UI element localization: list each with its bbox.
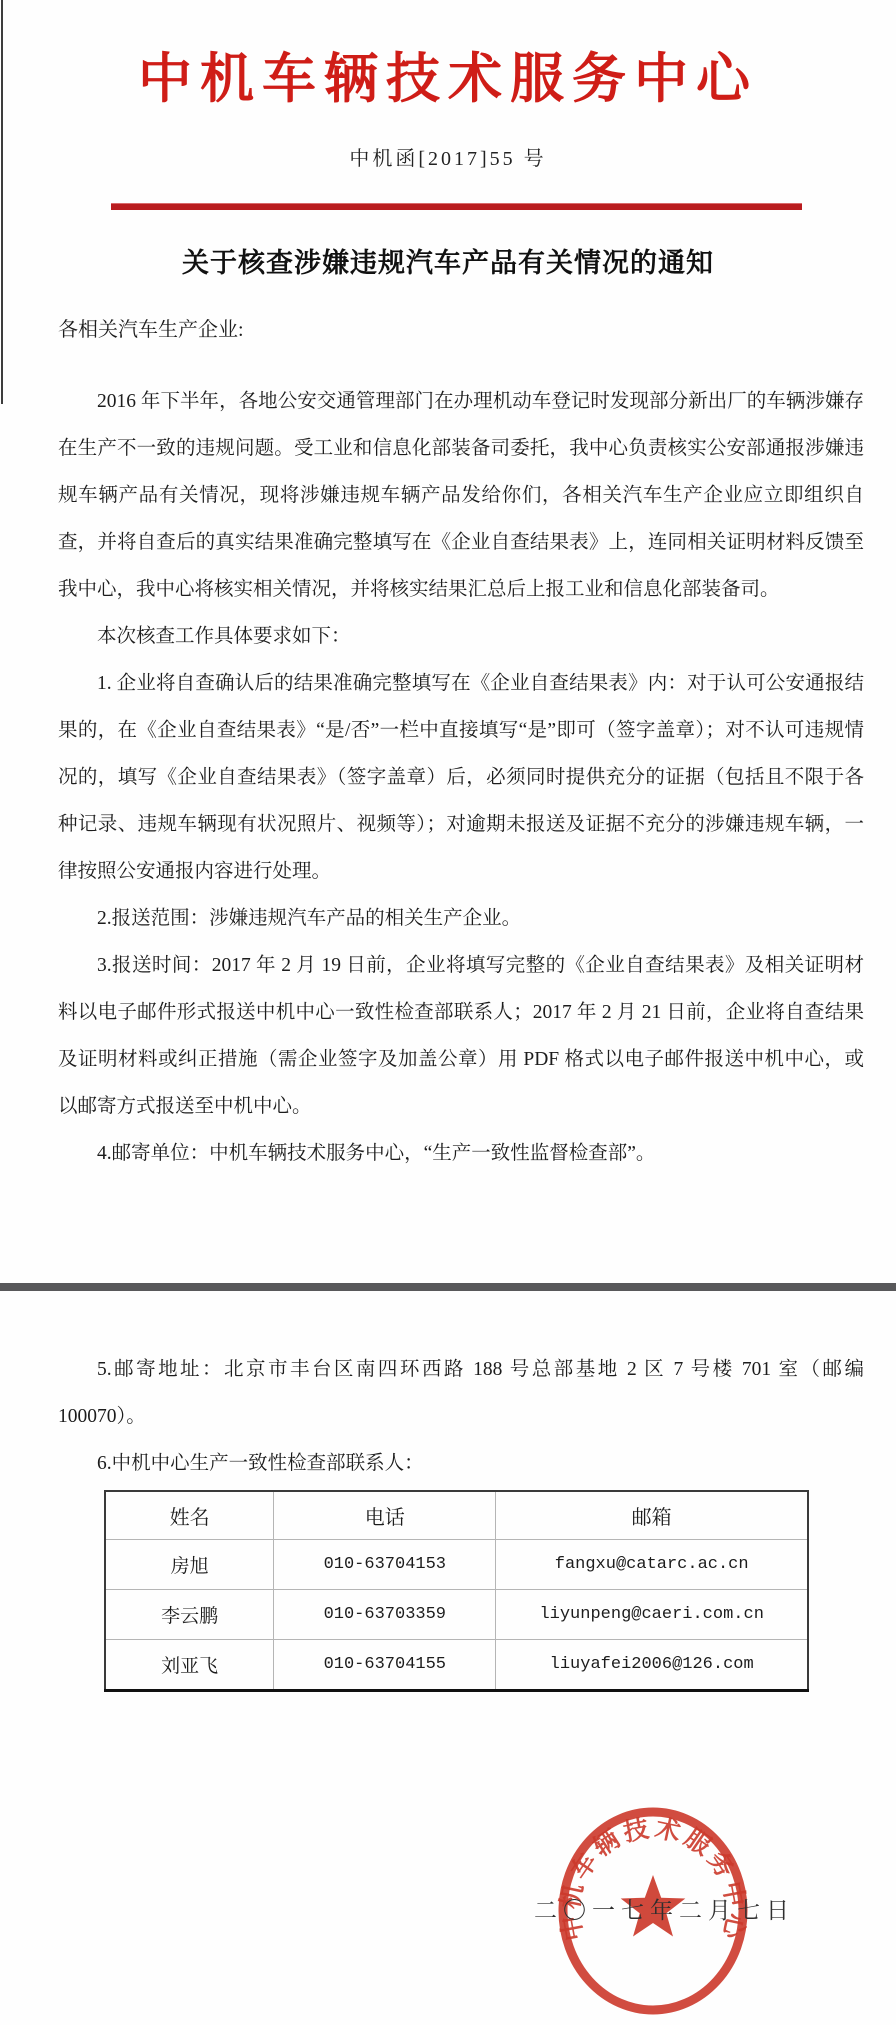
contact-phone: 010-63704153 bbox=[274, 1540, 496, 1590]
contacts-table: 姓名 电话 邮箱 房旭 010-63704153 fangxu@catarc.a… bbox=[104, 1490, 809, 1692]
document-page: 中机车辆技术服务中心 中机函[2017]55 号 关于核查涉嫌违规汽车产品有关情… bbox=[0, 0, 896, 2025]
contact-email: fangxu@catarc.ac.cn bbox=[496, 1540, 808, 1590]
notice-title: 关于核查涉嫌违规汽车产品有关情况的通知 bbox=[0, 241, 896, 280]
header-phone: 电话 bbox=[274, 1491, 496, 1540]
paragraph-intro: 2016 年下半年，各地公安交通管理部门在办理机动车登记时发现部分新出厂的车辆涉… bbox=[58, 378, 864, 613]
section-divider bbox=[0, 1283, 896, 1291]
paragraph-item-1: 1. 企业将自查确认后的结果准确完整填写在《企业自查结果表》内：对于认可公安通报… bbox=[58, 660, 864, 895]
contact-name: 李云鹏 bbox=[105, 1590, 274, 1640]
paragraph-item-3: 3.报送时间：2017 年 2 月 19 日前，企业将填写完整的《企业自查结果表… bbox=[58, 942, 864, 1130]
red-rule bbox=[111, 203, 802, 210]
doc-number: 中机函[2017]55 号 bbox=[0, 142, 896, 171]
contact-phone: 010-63703359 bbox=[274, 1590, 496, 1640]
contact-name: 刘亚飞 bbox=[105, 1640, 274, 1691]
table-row: 李云鹏 010-63703359 liyunpeng@caeri.com.cn bbox=[105, 1590, 808, 1640]
contact-name: 房旭 bbox=[105, 1540, 274, 1590]
body-section-2: 5.邮寄地址：北京市丰台区南四环西路 188 号总部基地 2 区 7 号楼 70… bbox=[58, 1346, 864, 1487]
date-line: 二〇一七年二月七日 bbox=[534, 1892, 795, 1925]
paragraph-item-6-contacts: 6.中机中心生产一致性检查部联系人： bbox=[58, 1440, 864, 1487]
body-section-1: 2016 年下半年，各地公安交通管理部门在办理机动车登记时发现部分新出厂的车辆涉… bbox=[58, 378, 864, 1177]
salutation: 各相关汽车生产企业: bbox=[58, 313, 244, 342]
table-header-row: 姓名 电话 邮箱 bbox=[105, 1491, 808, 1540]
contact-email: liuyafei2006@126.com bbox=[496, 1640, 808, 1691]
paragraph-requirements-lead: 本次核查工作具体要求如下： bbox=[58, 613, 864, 660]
header-email: 邮箱 bbox=[496, 1491, 808, 1540]
header-name: 姓名 bbox=[105, 1491, 274, 1540]
paragraph-item-4: 4.邮寄单位：中机车辆技术服务中心，“生产一致性监督检查部”。 bbox=[58, 1130, 864, 1177]
org-title: 中机车辆技术服务中心 bbox=[0, 36, 896, 113]
contact-email: liyunpeng@caeri.com.cn bbox=[496, 1590, 808, 1640]
paragraph-item-5-address: 5.邮寄地址：北京市丰台区南四环西路 188 号总部基地 2 区 7 号楼 70… bbox=[58, 1346, 864, 1440]
contact-phone: 010-63704155 bbox=[274, 1640, 496, 1691]
paragraph-item-2: 2.报送范围：涉嫌违规汽车产品的相关生产企业。 bbox=[58, 895, 864, 942]
table-row: 房旭 010-63704153 fangxu@catarc.ac.cn bbox=[105, 1540, 808, 1590]
table-row: 刘亚飞 010-63704155 liuyafei2006@126.com bbox=[105, 1640, 808, 1691]
